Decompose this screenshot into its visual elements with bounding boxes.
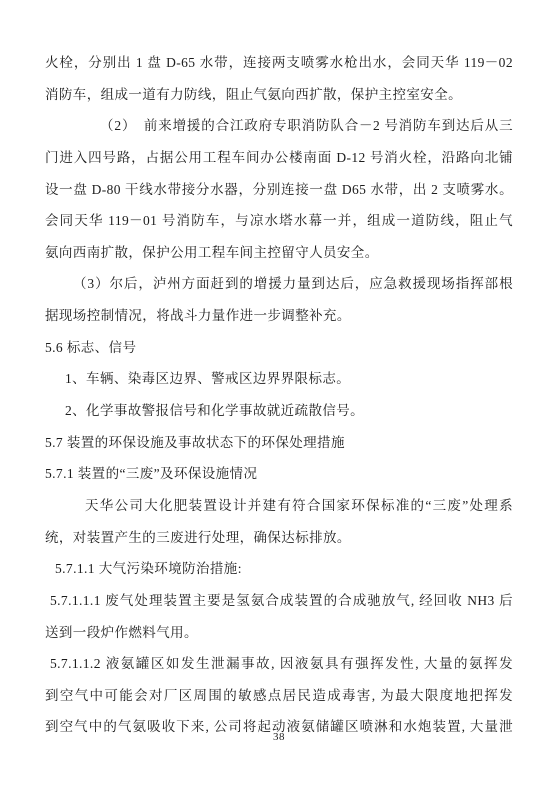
text-line: 5.7.1.1 大气污染环境防治措施: bbox=[45, 553, 513, 585]
text-line: 5.7.1 装置的“三废”及环保设施情况 bbox=[45, 458, 513, 490]
text-line: 火栓，分别出 1 盘 D-65 水带，连接两支喷雾水枪出水，会同天华 119－0… bbox=[45, 47, 513, 79]
page-number: 38 bbox=[45, 731, 513, 743]
text-line: 1、车辆、染毒区边界、警戒区边界界限标志。 bbox=[45, 363, 513, 395]
text-line: 送到一段炉作燃料气用。 bbox=[45, 617, 513, 649]
text-line: 2、化学事故警报信号和化学事故就近疏散信号。 bbox=[45, 395, 513, 427]
text-line: 据现场控制情况，将战斗力量作进一步调整补充。 bbox=[45, 300, 513, 332]
document-text: 火栓，分别出 1 盘 D-65 水带，连接两支喷雾水枪出水，会同天华 119－0… bbox=[45, 47, 513, 743]
text-line: 门进入四号路，占据公用工程车间办公楼南面 D-12 号消火栓，沿路向北铺 bbox=[45, 142, 513, 174]
document-page: 火栓，分别出 1 盘 D-65 水带，连接两支喷雾水枪出水，会同天华 119－0… bbox=[0, 0, 555, 789]
text-line: 5.6 标志、信号 bbox=[45, 332, 513, 364]
text-line: 5.7.1.1.2 液氨罐区如发生泄漏事故, 因液氨具有强挥发性, 大量的氨挥发 bbox=[45, 648, 513, 680]
text-line: 消防车，组成一道有力防线，阻止气氨向西扩散，保护主控室安全。 bbox=[45, 79, 513, 111]
text-line: 氨向西南扩散，保护公用工程车间主控留守人员安全。 bbox=[45, 237, 513, 269]
text-line: 设一盘 D-80 干线水带接分水器，分别连接一盘 D65 水带，出 2 支喷雾水… bbox=[45, 174, 513, 206]
text-line: （2） 前来增援的合江政府专职消防队合－2 号消防车到达后从三号 bbox=[45, 110, 513, 142]
text-line: 到空气中可能会对厂区周围的敏感点居民造成毒害, 为最大限度地把挥发 bbox=[45, 680, 513, 712]
text-line: （3）尔后，泸州方面赶到的增援力量到达后，应急救援现场指挥部根 bbox=[45, 268, 513, 300]
text-line: 5.7.1.1.1 废气处理装置主要是氢氨合成装置的合成驰放气, 经回收 NH3… bbox=[45, 585, 513, 617]
text-line: 天华公司大化肥装置设计并建有符合国家环保标准的“三废”处理系 bbox=[45, 490, 513, 522]
text-line: 5.7 装置的环保设施及事故状态下的环保处理措施 bbox=[45, 427, 513, 459]
text-line: 会同天华 119－01 号消防车，与凉水塔水幕一并，组成一道防线，阻止气 bbox=[45, 205, 513, 237]
text-line: 统，对装置产生的三废进行处理，确保达标排放。 bbox=[45, 522, 513, 554]
